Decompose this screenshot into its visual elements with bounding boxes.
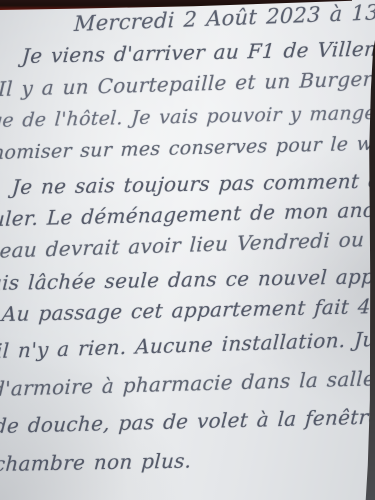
handwritten-note-photo: Mercredi 2 Août 2023 à 13h00, Je viens d… — [0, 0, 375, 500]
handwritten-line: chambre non plus. — [0, 449, 192, 476]
